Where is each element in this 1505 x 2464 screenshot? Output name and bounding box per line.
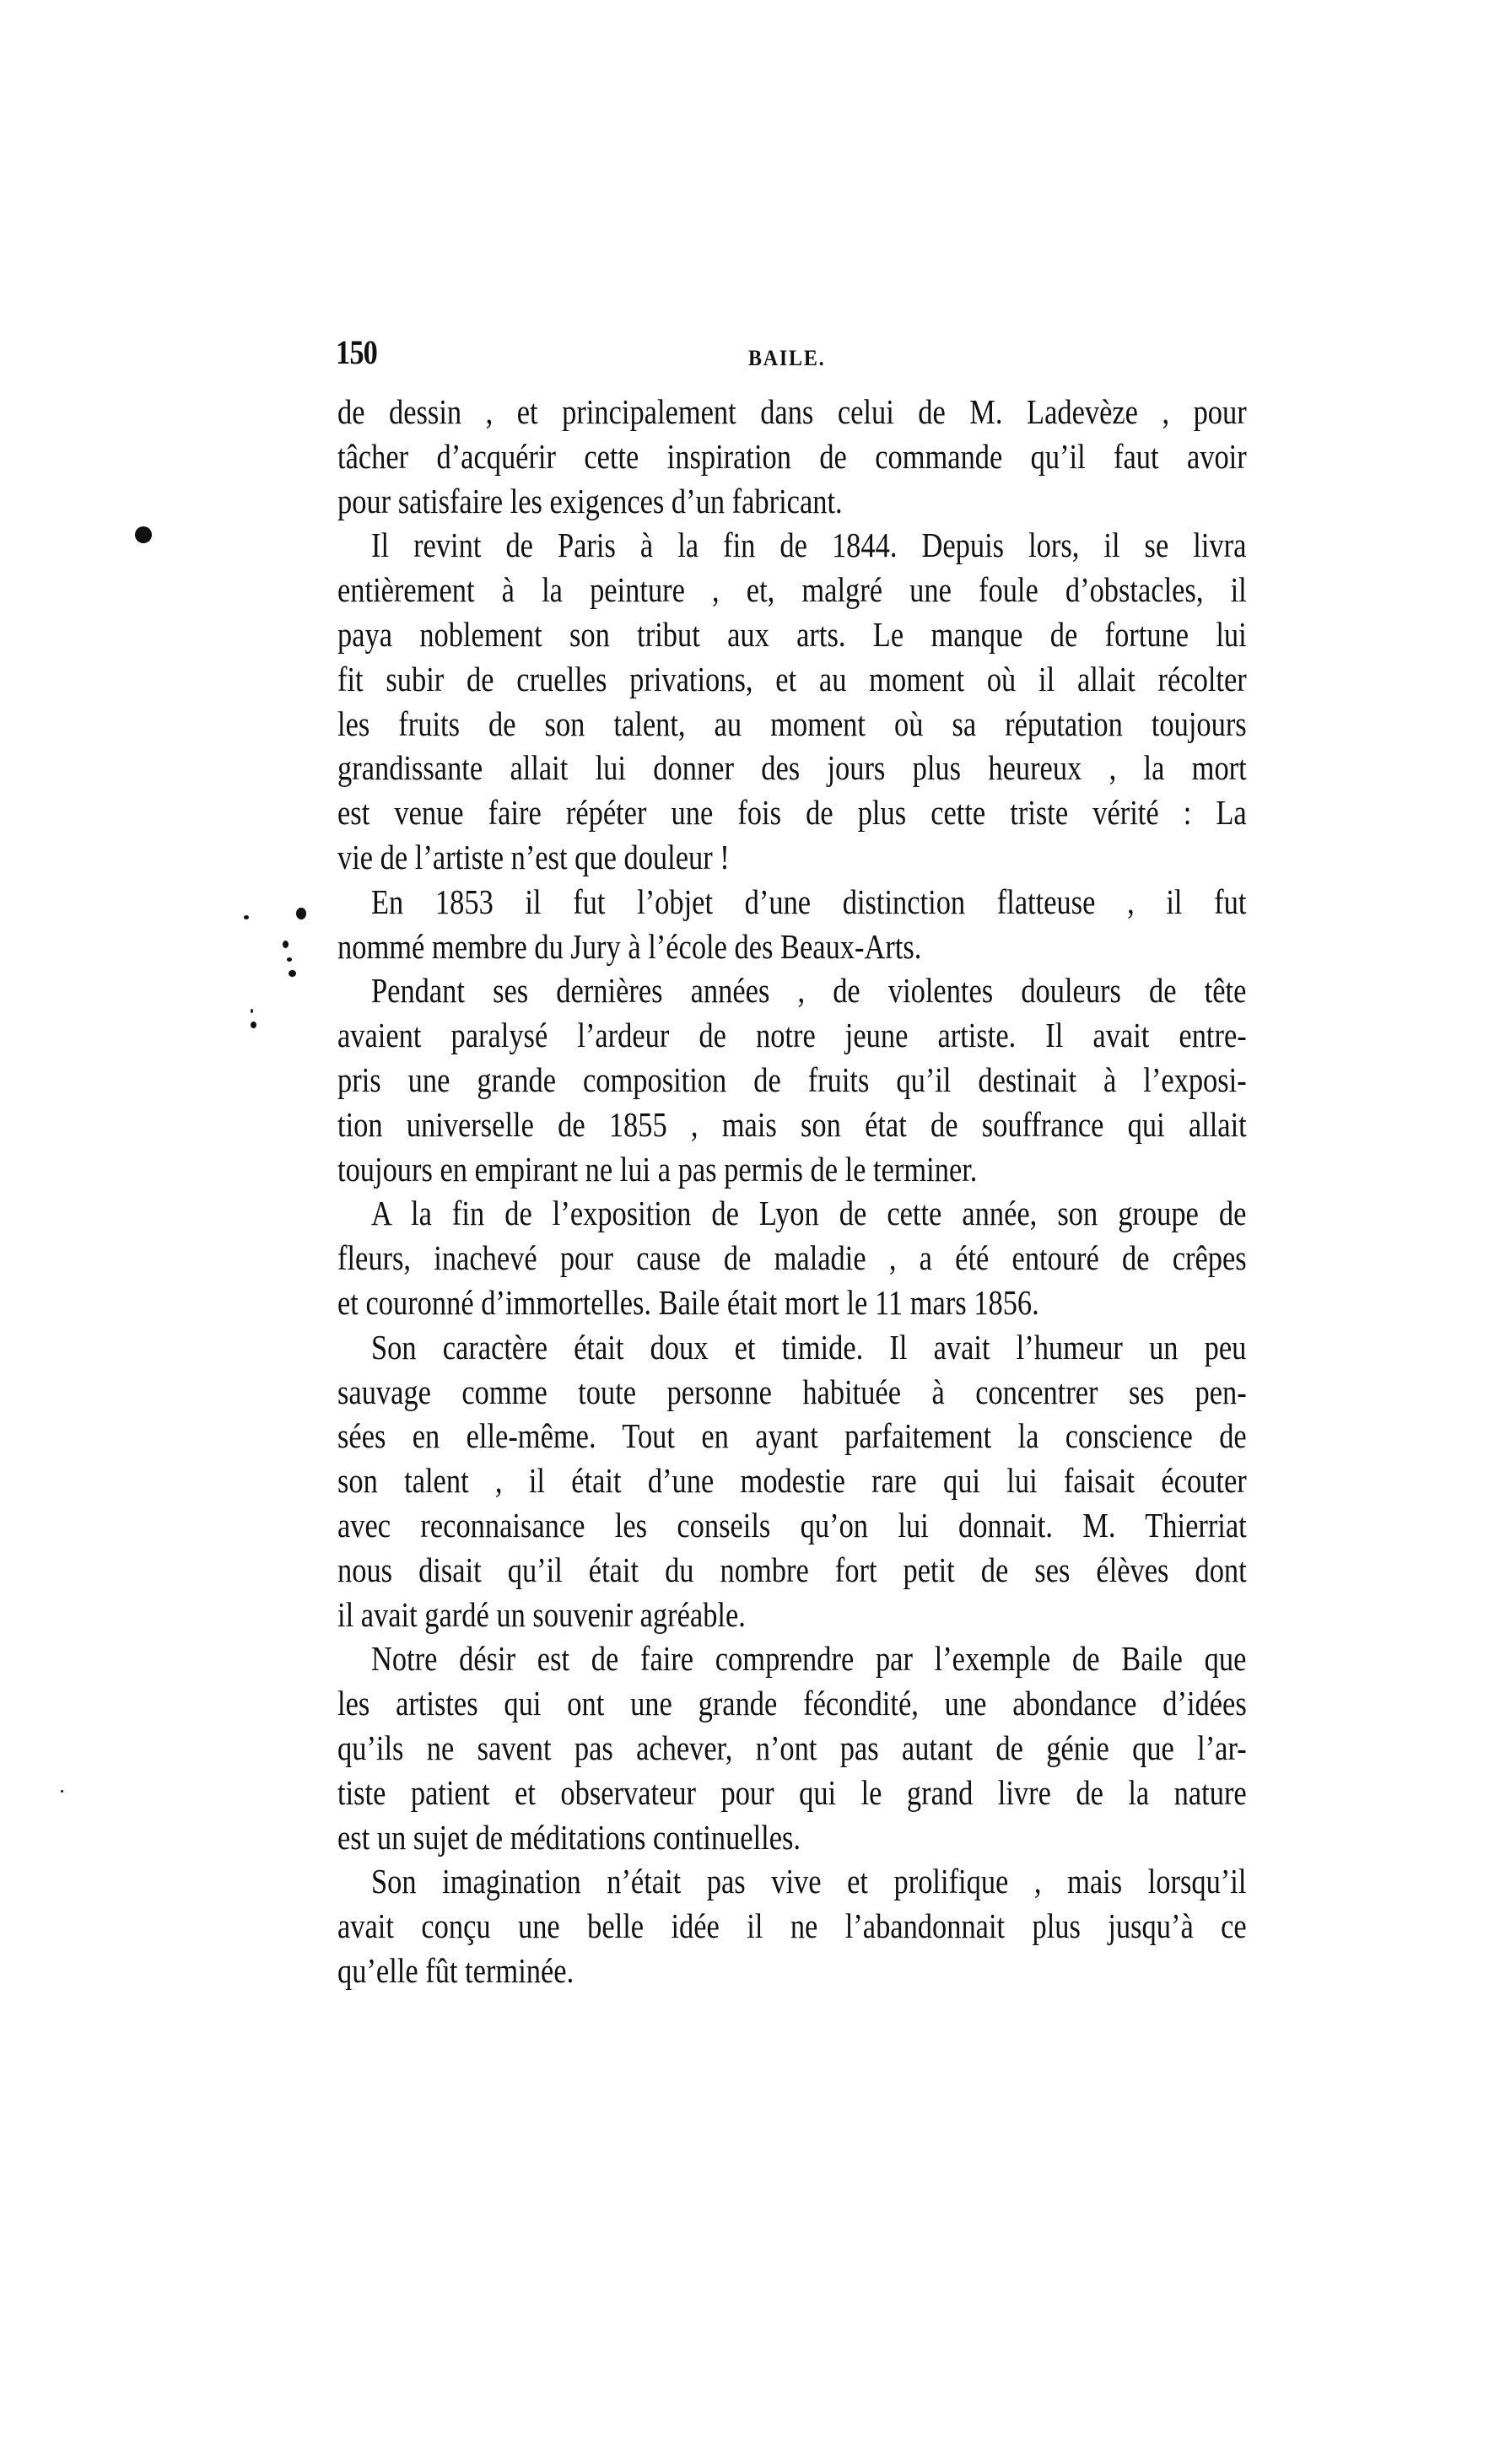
text-line: fit subir de cruelles privations, et au … [337, 657, 1247, 701]
running-title: BAILE. [748, 348, 825, 369]
text-line: pris une grande composition de fruits qu… [337, 1058, 1247, 1102]
text-line: nous disait qu’il était du nombre fort p… [337, 1548, 1247, 1592]
text-line: avec reconnaisance les conseils qu’on lu… [337, 1503, 1247, 1547]
text-line: tâcher d’acquérir cette inspiration de c… [337, 434, 1247, 478]
text-line: toujours en empirant ne lui a pas permis… [337, 1147, 1247, 1191]
text-line: il avait gardé un souvenir agréable. [337, 1593, 1247, 1636]
text-line: Notre désir est de faire comprendre par … [371, 1636, 1246, 1680]
text-line: et couronné d’immortelles. Baile était m… [337, 1281, 1247, 1324]
text-line: entièrement à la peinture , et, malgré u… [337, 568, 1247, 612]
text-line: Son caractère était doux et timide. Il a… [371, 1325, 1246, 1369]
text-line: tion universelle de 1855 , mais son état… [337, 1103, 1247, 1146]
ink-speck [135, 526, 152, 543]
ink-speck [61, 1790, 63, 1793]
text-line: qu’ils ne savent pas achever, n’ont pas … [337, 1726, 1247, 1770]
ink-speck [289, 970, 296, 977]
text-line: pour satisfaire les exigences d’un fabri… [337, 479, 1247, 523]
page-number: 150 [336, 336, 377, 369]
book-page: 150 BAILE. de dessin , et principalement… [0, 0, 1505, 2464]
text-line: En 1853 il fut l’objet d’une distinction… [371, 880, 1246, 924]
text-line: grandissante allait lui donner des jours… [337, 746, 1247, 790]
text-line: est un sujet de méditations continuelles… [337, 1815, 1247, 1859]
ink-speck [283, 941, 289, 948]
text-line: paya noblement son tribut aux arts. Le m… [337, 612, 1247, 656]
text-line: avait conçu une belle idée il ne l’aband… [337, 1904, 1247, 1948]
text-line: Il revint de Paris à la fin de 1844. Dep… [371, 523, 1246, 567]
ink-speck [251, 1022, 256, 1028]
ink-speck [296, 908, 306, 919]
text-line: fleurs, inachevé pour cause de maladie ,… [337, 1236, 1247, 1280]
text-line: son talent , il était d’une modestie rar… [337, 1458, 1247, 1502]
text-line: sées en elle-même. Tout en ayant parfait… [337, 1414, 1247, 1458]
text-line: qu’elle fût terminée. [337, 1949, 1247, 1992]
text-line: avaient paralysé l’ardeur de notre jeune… [337, 1013, 1247, 1057]
text-line: est venue faire répéter une fois de plus… [337, 790, 1247, 834]
ink-speck [251, 1009, 253, 1013]
text-line: Son imagination n’était pas vive et prol… [371, 1859, 1246, 1903]
text-line: de dessin , et principalement dans celui… [337, 390, 1247, 434]
text-line: sauvage comme toute personne habituée à … [337, 1370, 1247, 1414]
text-line: A la fin de l’exposition de Lyon de cett… [371, 1191, 1246, 1235]
text-line: tiste patient et observateur pour qui le… [337, 1771, 1247, 1814]
text-line: Pendant ses dernières années , de violen… [371, 968, 1246, 1012]
text-line: les artistes qui ont une grande fécondit… [337, 1681, 1247, 1725]
ink-speck [287, 957, 292, 962]
running-head: 150 BAILE. [336, 336, 1247, 376]
text-line: nommé membre du Jury à l’école des Beaux… [337, 925, 1247, 968]
text-line: les fruits de son talent, au moment où s… [337, 702, 1247, 746]
ink-speck [244, 915, 249, 919]
text-line: vie de l’artiste n’est que douleur ! [337, 835, 1247, 879]
